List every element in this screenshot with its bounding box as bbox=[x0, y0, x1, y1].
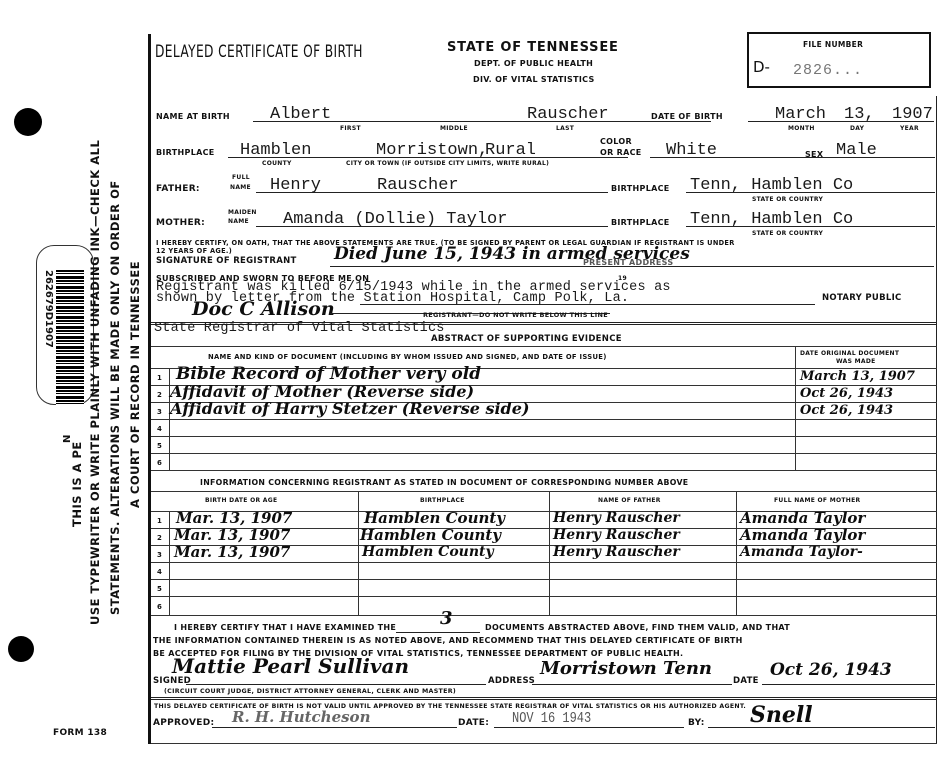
info-birth: Mar. 13, 1907 bbox=[174, 545, 290, 560]
evidence-date: March 13, 1907 bbox=[800, 370, 915, 383]
father-last-value: Rauscher bbox=[377, 177, 459, 194]
row-number: 6 bbox=[157, 603, 162, 611]
info-birth: Mar. 13, 1907 bbox=[174, 528, 290, 543]
evidence-col-document: NAME AND KIND OF DOCUMENT (INCLUDING BY … bbox=[208, 353, 607, 361]
county-caption: COUNTY bbox=[262, 160, 292, 167]
evidence-document: Affidavit of Harry Stetzer (Reverse side… bbox=[170, 401, 529, 417]
barcode-icon bbox=[56, 270, 84, 405]
first-name-value: Albert bbox=[270, 106, 331, 123]
approval-date-stamp: NOV 16 1943 bbox=[512, 710, 591, 727]
file-number-box: FILE NUMBER D- 2826... bbox=[747, 32, 931, 88]
dob-day-value: 13, bbox=[844, 106, 875, 123]
county-value: Hamblen bbox=[240, 142, 311, 159]
state-heading: STATE OF TENNESSEE bbox=[447, 40, 619, 55]
sex-value: Male bbox=[836, 142, 877, 159]
info-father: Henry Rauscher bbox=[553, 545, 680, 559]
mother-maiden-label: MAIDEN bbox=[228, 209, 257, 216]
mother-name-label: NAME bbox=[228, 218, 249, 225]
father-birthplace-value: Tenn, Hamblen Co bbox=[690, 177, 853, 194]
certification-line-2: THE INFORMATION CONTAINED THEREIN IS AS … bbox=[153, 636, 743, 645]
mother-birthplace-caption: STATE OR COUNTRY bbox=[752, 230, 823, 237]
father-birthplace-caption: STATE OR COUNTRY bbox=[752, 196, 823, 203]
row-number: 5 bbox=[157, 585, 162, 593]
row-number: 2 bbox=[157, 534, 162, 542]
info-father: Henry Rauscher bbox=[553, 528, 680, 542]
oath-certify-line-2: 12 YEARS OF AGE.) bbox=[156, 247, 232, 255]
middle-caption: MIDDLE bbox=[440, 125, 468, 132]
day-caption: DAY bbox=[850, 125, 864, 132]
certification-line-1a: I HEREBY CERTIFY THAT I HAVE EXAMINED TH… bbox=[174, 623, 396, 632]
mother-label: MOTHER: bbox=[156, 218, 205, 228]
city-value: Morristown, bbox=[376, 142, 488, 159]
signer-caption: (CIRCUIT COURT JUDGE, DISTRICT ATTORNEY … bbox=[164, 688, 456, 695]
division-heading: DIV. OF VITAL STATISTICS bbox=[473, 75, 595, 84]
permanent-record-fragment: THIS IS A PE bbox=[70, 441, 84, 527]
dept-heading: DEPT. OF PUBLIC HEALTH bbox=[474, 59, 593, 68]
info-place: Hamblen County bbox=[360, 528, 501, 543]
certification-line-1b: DOCUMENTS ABSTRACTED ABOVE, FIND THEM VA… bbox=[485, 623, 790, 632]
evidence-document: Bible Record of Mother very old bbox=[176, 366, 481, 383]
cert-date-label: DATE bbox=[733, 676, 759, 686]
row-number: 4 bbox=[157, 568, 162, 576]
documents-count: 3 bbox=[440, 610, 453, 628]
info-father: Henry Rauscher bbox=[553, 511, 680, 525]
race-value: White bbox=[666, 142, 717, 159]
file-number-label: FILE NUMBER bbox=[803, 40, 863, 49]
approved-label: APPROVED: bbox=[153, 718, 214, 728]
info-birth: Mar. 13, 1907 bbox=[176, 511, 292, 526]
row-number: 2 bbox=[157, 391, 162, 399]
mother-birthplace-value: Tenn, Hamblen Co bbox=[690, 211, 853, 228]
evidence-date: Oct 26, 1943 bbox=[800, 404, 893, 417]
instructions-line-2: STATEMENTS. ALTERATIONS WILL BE MADE ONL… bbox=[108, 180, 122, 615]
evidence-col-date-2: WAS MADE bbox=[836, 358, 876, 365]
info-col-birthplace: BIRTHPLACE bbox=[420, 497, 465, 504]
registrant-signature-label: SIGNATURE OF REGISTRANT bbox=[156, 256, 297, 266]
form-number: FORM 138 bbox=[53, 728, 107, 738]
last-caption: LAST bbox=[556, 125, 574, 132]
info-place: Hamblen County bbox=[364, 511, 505, 526]
date-of-birth-label: DATE OF BIRTH bbox=[651, 112, 723, 121]
notary-public-label: NOTARY PUBLIC bbox=[822, 293, 902, 303]
info-place: Hamblen County bbox=[362, 545, 494, 559]
info-mother: Amanda Taylor bbox=[740, 511, 865, 526]
info-mother: Amanda Taylor bbox=[740, 528, 865, 543]
info-mother: Amanda Taylor- bbox=[740, 545, 863, 559]
father-first-value: Henry bbox=[270, 177, 321, 194]
color-label: COLOR bbox=[600, 137, 632, 146]
approved-value: R. H. Hutcheson bbox=[232, 710, 370, 725]
month-caption: MONTH bbox=[788, 125, 815, 132]
do-not-write-notice: REGISTRANT—DO NOT WRITE BELOW THIS LINE bbox=[423, 311, 608, 319]
barcode-number: 262679D1907 bbox=[43, 270, 54, 348]
certificate-title: DELAYED CERTIFICATE OF BIRTH bbox=[155, 42, 363, 62]
name-at-birth-label: NAME AT BIRTH bbox=[156, 112, 230, 121]
by-signature: Snell bbox=[750, 704, 813, 726]
father-name-label: NAME bbox=[230, 184, 251, 191]
last-name-value: Rauscher bbox=[527, 106, 609, 123]
address-label: ADDRESS bbox=[488, 676, 535, 686]
cert-date-value: Oct 26, 1943 bbox=[770, 662, 892, 679]
race-label: OR RACE bbox=[600, 148, 642, 157]
instructions-line-3: A COURT OF RECORD IN TENNESSEE bbox=[128, 261, 142, 508]
first-caption: FIRST bbox=[340, 125, 361, 132]
row-number: 1 bbox=[157, 374, 162, 382]
by-label: BY: bbox=[688, 718, 705, 728]
evidence-document: Affidavit of Mother (Reverse side) bbox=[170, 384, 474, 400]
row-number: 1 bbox=[157, 517, 162, 525]
city-caption: CITY OR TOWN (IF OUTSIDE CITY LIMITS, WR… bbox=[346, 160, 549, 167]
dob-year-value: 1907 bbox=[892, 106, 933, 123]
present-address-label: PRESENT ADDRESS bbox=[583, 258, 673, 267]
row-number: 5 bbox=[157, 442, 162, 450]
info-col-mother: FULL NAME OF MOTHER bbox=[774, 497, 860, 504]
row-number: 4 bbox=[157, 425, 162, 433]
approval-date-label: DATE: bbox=[458, 718, 489, 728]
mother-birthplace-label: BIRTHPLACE bbox=[611, 218, 670, 227]
fragment-n: N bbox=[62, 434, 73, 443]
father-birthplace-label: BIRTHPLACE bbox=[611, 184, 670, 193]
file-number-value: 2826... bbox=[793, 62, 863, 79]
info-col-father: NAME OF FATHER bbox=[598, 497, 661, 504]
year-caption: YEAR bbox=[900, 125, 919, 132]
birthplace-label: BIRTHPLACE bbox=[156, 148, 215, 157]
punch-hole-bottom bbox=[8, 636, 34, 662]
father-full-label: FULL bbox=[232, 174, 250, 181]
evidence-col-date-1: DATE ORIGINAL DOCUMENT bbox=[800, 350, 899, 357]
dob-month-value: March bbox=[775, 106, 826, 123]
registrar-typed-title: State Registrar of Vital Statistics bbox=[154, 322, 445, 336]
evidence-title: ABSTRACT OF SUPPORTING EVIDENCE bbox=[431, 334, 622, 344]
evidence-date: Oct 26, 1943 bbox=[800, 387, 893, 400]
info-title: INFORMATION CONCERNING REGISTRANT AS STA… bbox=[200, 478, 688, 487]
row-number: 3 bbox=[157, 408, 162, 416]
file-number-prefix: D- bbox=[753, 58, 770, 76]
mother-name-value: Amanda (Dollie) Taylor bbox=[283, 211, 507, 228]
row-number: 3 bbox=[157, 551, 162, 559]
address-value: Morristown Tenn bbox=[540, 660, 712, 678]
instructions-line-1: USE TYPEWRITER OR WRITE PLAINLY WITH UNF… bbox=[88, 140, 102, 625]
rural-value: Rural bbox=[485, 142, 536, 159]
registrar-signature: Doc C Allison bbox=[192, 300, 335, 319]
info-col-birth: BIRTH DATE OR AGE bbox=[205, 497, 277, 504]
punch-hole-top bbox=[14, 108, 42, 136]
row-number: 6 bbox=[157, 459, 162, 467]
father-label: FATHER: bbox=[156, 184, 200, 194]
signed-value: Mattie Pearl Sullivan bbox=[172, 656, 409, 676]
sex-label: SEX bbox=[805, 150, 823, 159]
